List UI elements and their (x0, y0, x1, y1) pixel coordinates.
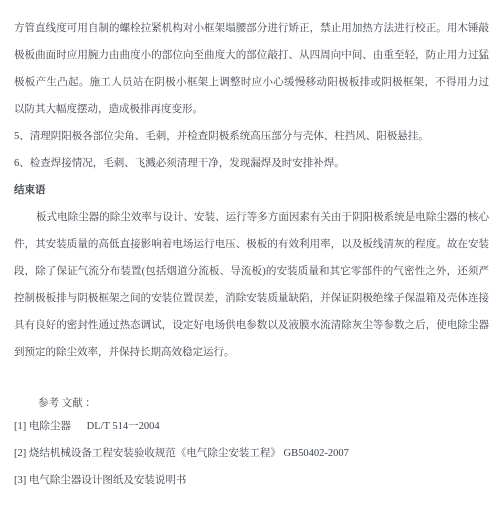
list-item-6: 6、检查焊接情况，毛刺、飞溅必须清理干净，发现漏焊及时安排补焊。 (14, 150, 489, 177)
reference-item-3: [3] 电气除尘器设计图纸及安装说明书 (14, 467, 489, 494)
body-paragraph-line: 以防其大幅度摆动，造成极排再度变形。 (14, 96, 489, 123)
conclusion-paragraph-line: 具有良好的密封性通过热态调试，设定好电场供电参数以及液膜水流清除灰尘等参数之后，… (14, 312, 489, 339)
conclusion-paragraph-line: 控制极板排与阴极框架之间的安装位置误差，消除安装质量缺陷，并保证阴极绝缘子保温箱… (14, 285, 489, 312)
conclusion-heading: 结束语 (14, 177, 489, 204)
reference-item-2: [2] 烧结机械设备工程安装验收规范《电气除尘安装工程》 GB50402-200… (14, 440, 489, 467)
reference-item-1: [1] 电除尘器 DL/T 514一2004 (14, 413, 489, 440)
conclusion-paragraph-line: 件，其安装质量的高低直接影响着电场运行电压、极板的有效利用率，以及板线清灰的程度… (14, 231, 489, 258)
document-page: 方管直线度可用自制的螺栓拉紧机构对小框架塌腰部分进行矫正，禁止用加热方法进行校正… (0, 0, 499, 508)
conclusion-paragraph-line: 段，除了保证气流分布装置(包括烟道分流板、导流板)的安装质量和其它零部件的气密性… (14, 258, 489, 285)
list-item-5: 5、清理阴阳极各部位尖角、毛刺，并检查阴极系统高压部分与壳体、柱挡风、阳极悬挂。 (14, 123, 489, 150)
conclusion-paragraph-line: 到预定的除尘效率，并保持长期高效稳定运行。 (14, 339, 489, 366)
body-paragraph-line: 极板曲面时应用腕力由曲度小的部位向至曲度大的部位敲打、从四周向中间、由重至轻，防… (14, 42, 489, 69)
body-paragraph-line: 极板产生凸起。施工人员站在阴极小框架上调整时应小心缓慢移动阳极板排或阴极框架，不… (14, 69, 489, 96)
body-paragraph-line: 方管直线度可用自制的螺栓拉紧机构对小框架塌腰部分进行矫正，禁止用加热方法进行校正… (14, 15, 489, 42)
conclusion-paragraph-line: 板式电除尘器的除尘效率与设计、安装、运行等多方面因素有关由于阴阳极系统是电除尘器… (14, 204, 489, 231)
